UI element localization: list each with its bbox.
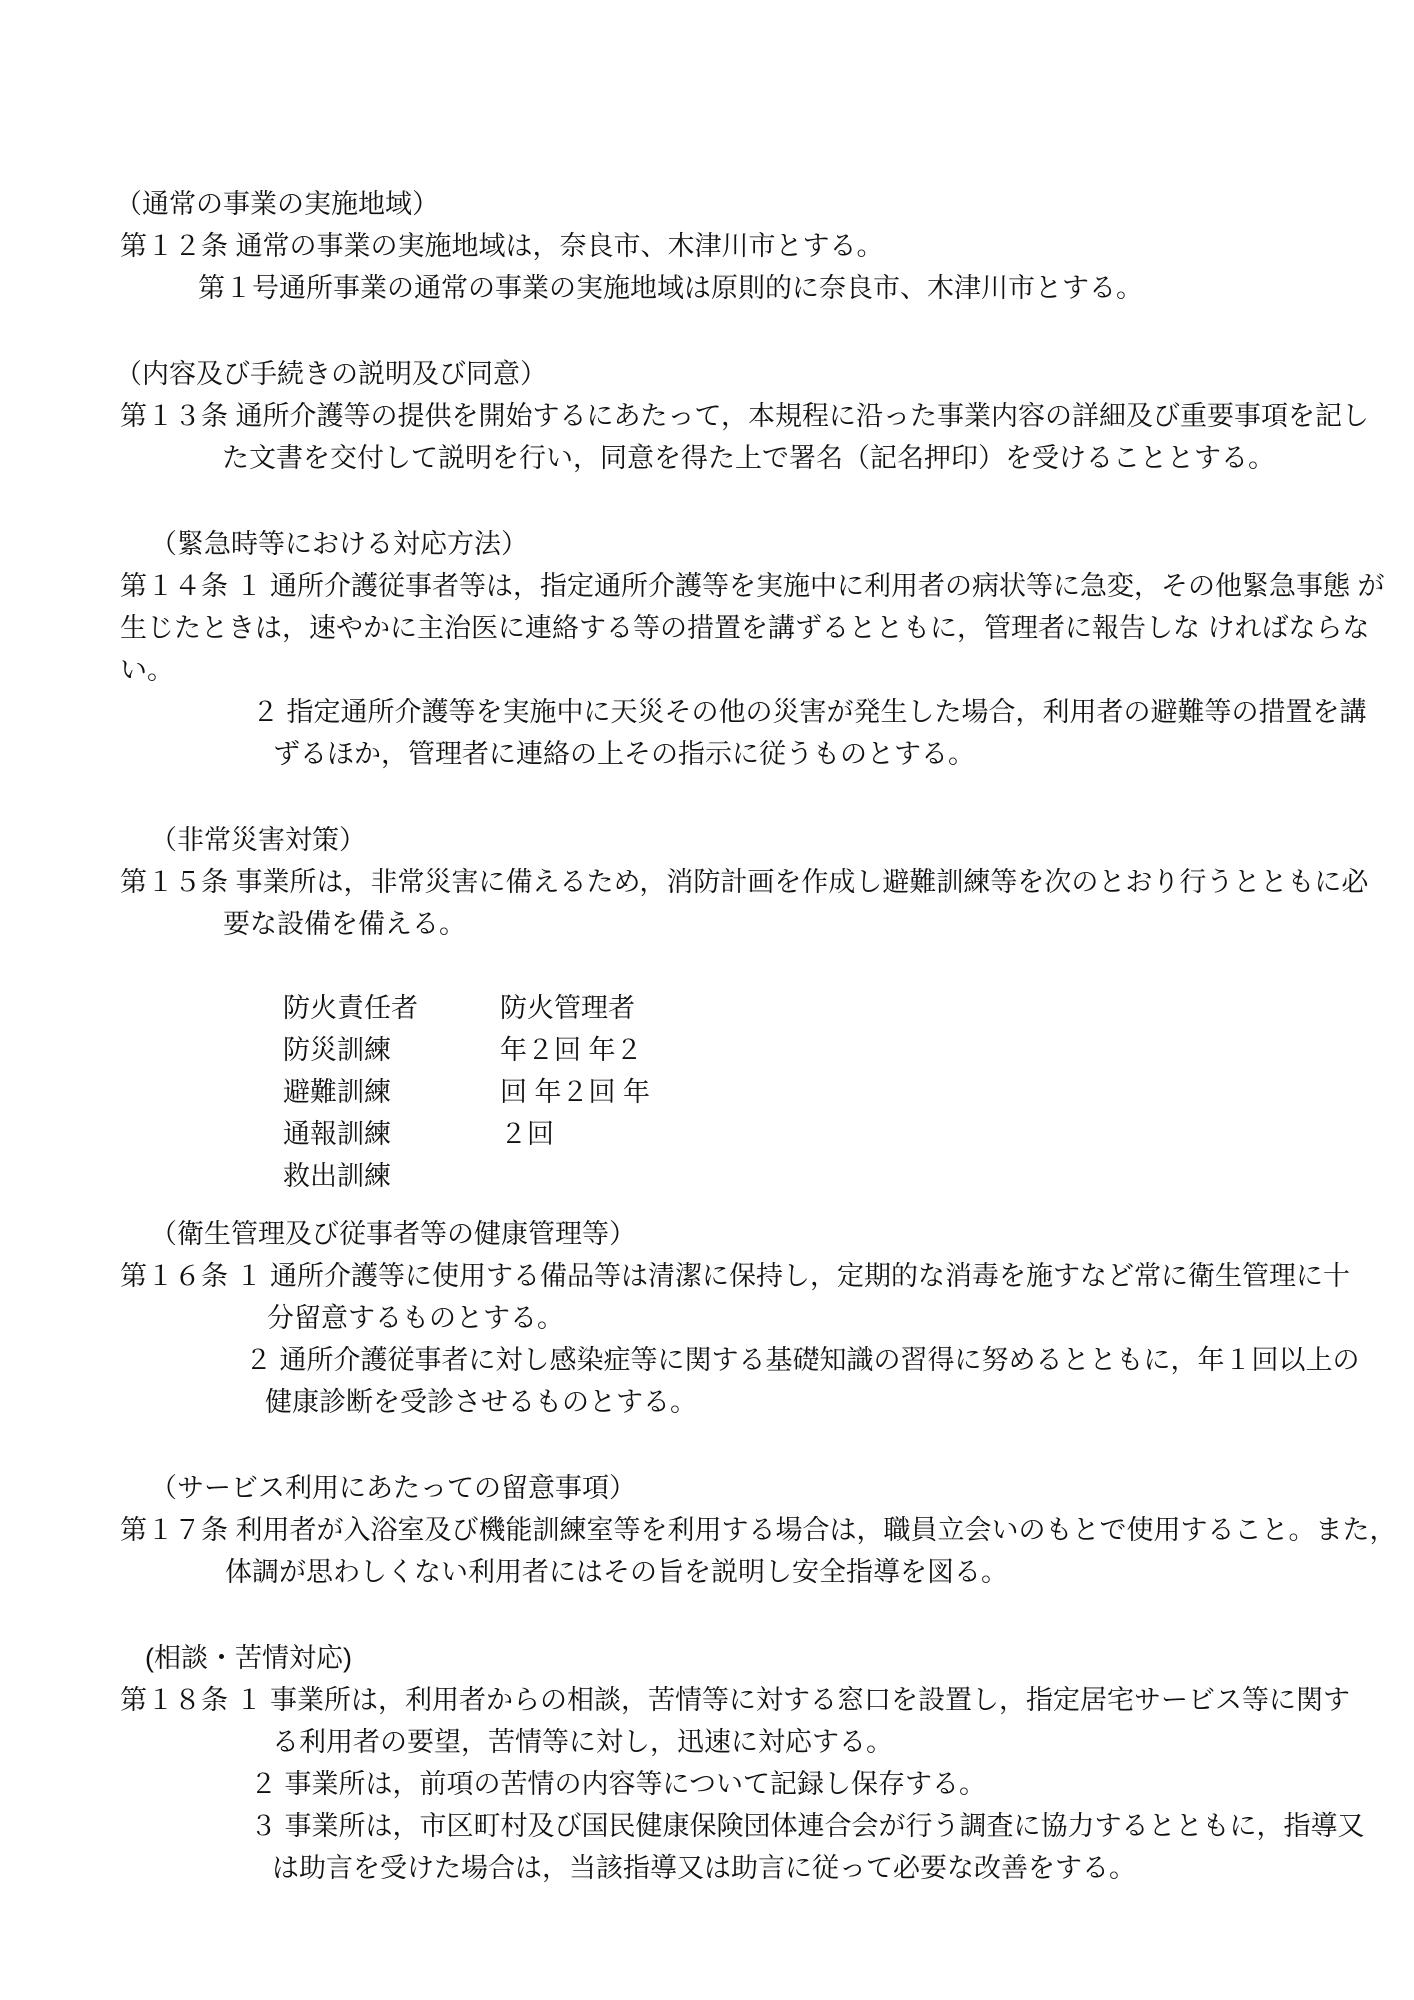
article-13-line-2: た文書を交付して説明を行い，同意を得た上で署名（記名押印）を受けることとする。 (0, 437, 1414, 479)
article-17-line-1: 第１７条 利用者が入浴室及び機能訓練室等を利用する場合は，職員立会いのもとで使用… (0, 1509, 1414, 1551)
section-service-use-notes: （サービス利用にあたっての留意事項） 第１７条 利用者が入浴室及び機能訓練室等を… (0, 1467, 1414, 1593)
article-18-line-2: る利用者の要望，苦情等に対し，迅速に対応する。 (0, 1721, 1414, 1763)
article-15-line-1: 第１５条 事業所は，非常災害に備えるため，消防計画を作成し避難訓練等を次のとおり… (0, 861, 1414, 903)
section-heading-emergency-response: （緊急時等における対応方法） (0, 523, 1414, 565)
section-hygiene-health: （衛生管理及び従事者等の健康管理等） 第１６条 １ 通所介護等に使用する備品等は… (0, 1213, 1414, 1423)
article-16-item-2-line-2: 健康診断を受診させるものとする。 (0, 1381, 1414, 1423)
article-18-item-3-line-2: は助言を受けた場合は，当該指導又は助言に従って必要な改善をする。 (0, 1847, 1414, 1889)
article-12-line-2: 第１号通所事業の通常の事業の実施地域は原則的に奈良市、木津川市とする。 (0, 267, 1414, 309)
article-14-line-2: 生じたときは，速やかに主治医に連絡する等の措置を講ずるとともに，管理者に報告しな… (0, 607, 1414, 649)
article-16-item-2-line-1: ２ 通所介護従事者に対し感染症等に関する基礎知識の習得に努めるとともに，年１回以… (0, 1339, 1414, 1381)
article-12-line-1: 第１２条 通常の事業の実施地域は，奈良市、木津川市とする。 (0, 225, 1414, 267)
document-content: （通常の事業の実施地域） 第１２条 通常の事業の実施地域は，奈良市、木津川市とす… (0, 0, 1414, 1889)
section-complaints: (相談・苦情対応) 第１８条 １ 事業所は，利用者からの相談，苦情等に対する窓口… (0, 1637, 1414, 1889)
article-16-line-1: 第１６条 １ 通所介護等に使用する備品等は清潔に保持し，定期的な消毒を施すなど常… (0, 1255, 1414, 1297)
drill-value: 年２回 年２ (500, 1035, 643, 1065)
article-18-item-3-line-1: ３ 事業所は，市区町村及び国民健康保険団体連合会が行う調査に協力するとともに，指… (0, 1805, 1414, 1847)
article-14-item-2-line-1: ２ 指定通所介護等を実施中に天災その他の災害が発生した場合，利用者の避難等の措置… (0, 691, 1414, 733)
article-17-line-2: 体調が思わしくない利用者にはその旨を説明し安全指導を図る。 (0, 1551, 1414, 1593)
document-page: （通常の事業の実施地域） 第１２条 通常の事業の実施地域は，奈良市、木津川市とす… (0, 0, 1414, 2000)
section-heading-disaster-measures: （非常災害対策） (0, 819, 1414, 861)
section-service-area: （通常の事業の実施地域） 第１２条 通常の事業の実施地域は，奈良市、木津川市とす… (0, 183, 1414, 309)
section-disaster-measures: （非常災害対策） 第１５条 事業所は，非常災害に備えるため，消防計画を作成し避難… (0, 819, 1414, 1155)
article-15-line-2: 要な設備を備える。 (0, 903, 1414, 945)
report-drill-value: ２回 (500, 1119, 554, 1149)
section-heading-service-area: （通常の事業の実施地域） (0, 183, 1414, 225)
article-14-item-2-line-2: ずるほか，管理者に連絡の上その指示に従うものとする。 (0, 733, 1414, 775)
drill-label: 防災訓練 (283, 1029, 500, 1071)
article-16-line-2: 分留意するものとする。 (0, 1297, 1414, 1339)
article-14-line-1: 第１４条 １ 通所介護従事者等は，指定通所介護等を実施中に利用者の病状等に急変，… (0, 565, 1414, 607)
article-13-line-1: 第１３条 通所介護等の提供を開始するにあたって，本規程に沿った事業内容の詳細及び… (0, 395, 1414, 437)
section-explanation-consent: （内容及び手続きの説明及び同意） 第１３条 通所介護等の提供を開始するにあたって… (0, 353, 1414, 479)
section-heading-explanation-consent: （内容及び手続きの説明及び同意） (0, 353, 1414, 395)
section-heading-complaints: (相談・苦情対応) (0, 1637, 1414, 1679)
fire-safety-table: 防火責任者防火管理者 防災訓練年２回 年２ 避難訓練回 年２回 年 通報訓練２回… (0, 945, 1414, 1155)
section-heading-service-use-notes: （サービス利用にあたっての留意事項） (0, 1467, 1414, 1509)
evacuation-drill-label: 避難訓練 (283, 1071, 500, 1113)
fire-role-value: 防火管理者 (500, 993, 635, 1023)
article-18-item-2: ２ 事業所は，前項の苦情の内容等について記録し保存する。 (0, 1763, 1414, 1805)
report-drill-label: 通報訓練 (283, 1113, 500, 1155)
article-14-line-3: い。 (0, 649, 1414, 691)
section-heading-hygiene-health: （衛生管理及び従事者等の健康管理等） (0, 1213, 1414, 1255)
table-row: 防火責任者防火管理者 (0, 945, 1414, 987)
article-18-line-1: 第１８条 １ 事業所は，利用者からの相談，苦情等に対する窓口を設置し，指定居宅サ… (0, 1679, 1414, 1721)
evacuation-drill-value: 回 年２回 年 (500, 1077, 650, 1107)
section-emergency-response: （緊急時等における対応方法） 第１４条 １ 通所介護従事者等は，指定通所介護等を… (0, 523, 1414, 775)
rescue-drill-label: 救出訓練 (283, 1155, 500, 1197)
fire-role-label: 防火責任者 (283, 987, 500, 1029)
